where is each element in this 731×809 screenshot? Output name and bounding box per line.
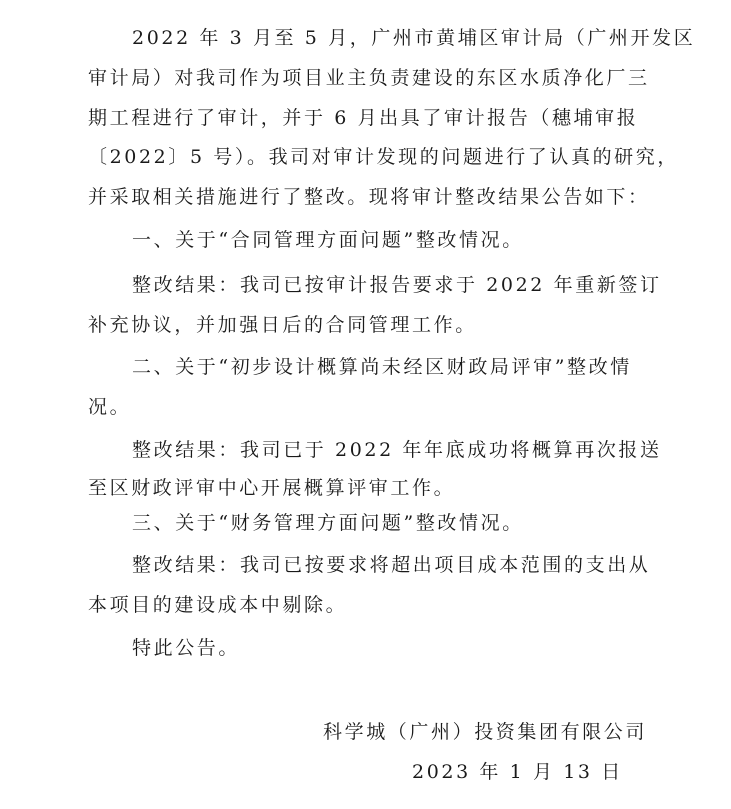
paragraph-intro-line-3: 期工程进行了审计，并于 6 月出具了审计报告（穗埔审报 — [88, 106, 638, 130]
result-2-line-1: 整改结果：我司已于 2022 年年底成功将概算再次报送 — [132, 438, 662, 462]
section-heading-1: 一、关于“合同管理方面问题”整改情况。 — [132, 228, 524, 252]
paragraph-intro-line-1: 2022 年 3 月至 5 月，广州市黄埔区审计局（广州开发区 — [132, 26, 695, 50]
signature-date: 2023 年 1 月 13 日 — [412, 760, 623, 784]
paragraph-intro-line-5: 并采取相关措施进行了整改。现将审计整改结果公告如下： — [88, 185, 650, 209]
result-3-line-1: 整改结果：我司已按要求将超出项目成本范围的支出从 — [132, 553, 650, 577]
signature-company: 科学城（广州）投资集团有限公司 — [323, 720, 647, 744]
result-1-line-2: 补充协议，并加强日后的合同管理工作。 — [88, 313, 477, 337]
section-heading-2-line-2: 况。 — [88, 395, 131, 419]
paragraph-intro-line-2: 审计局）对我司作为项目业主负责建设的东区水质净化厂三 — [88, 66, 650, 90]
section-heading-2-line-1: 二、关于“初步设计概算尚未经区财政局评审”整改情 — [132, 355, 632, 379]
paragraph-intro-line-4: 〔2022〕5 号）。我司对审计发现的问题进行了认真的研究， — [88, 145, 679, 169]
result-3-line-2: 本项目的建设成本中剔除。 — [88, 593, 347, 617]
result-1-line-1: 整改结果：我司已按审计报告要求于 2022 年重新签订 — [132, 273, 662, 297]
result-2-line-2: 至区财政评审中心开展概算评审工作。 — [88, 476, 455, 500]
section-heading-3: 三、关于“财务管理方面问题”整改情况。 — [132, 511, 524, 535]
closing-statement: 特此公告。 — [132, 636, 240, 660]
